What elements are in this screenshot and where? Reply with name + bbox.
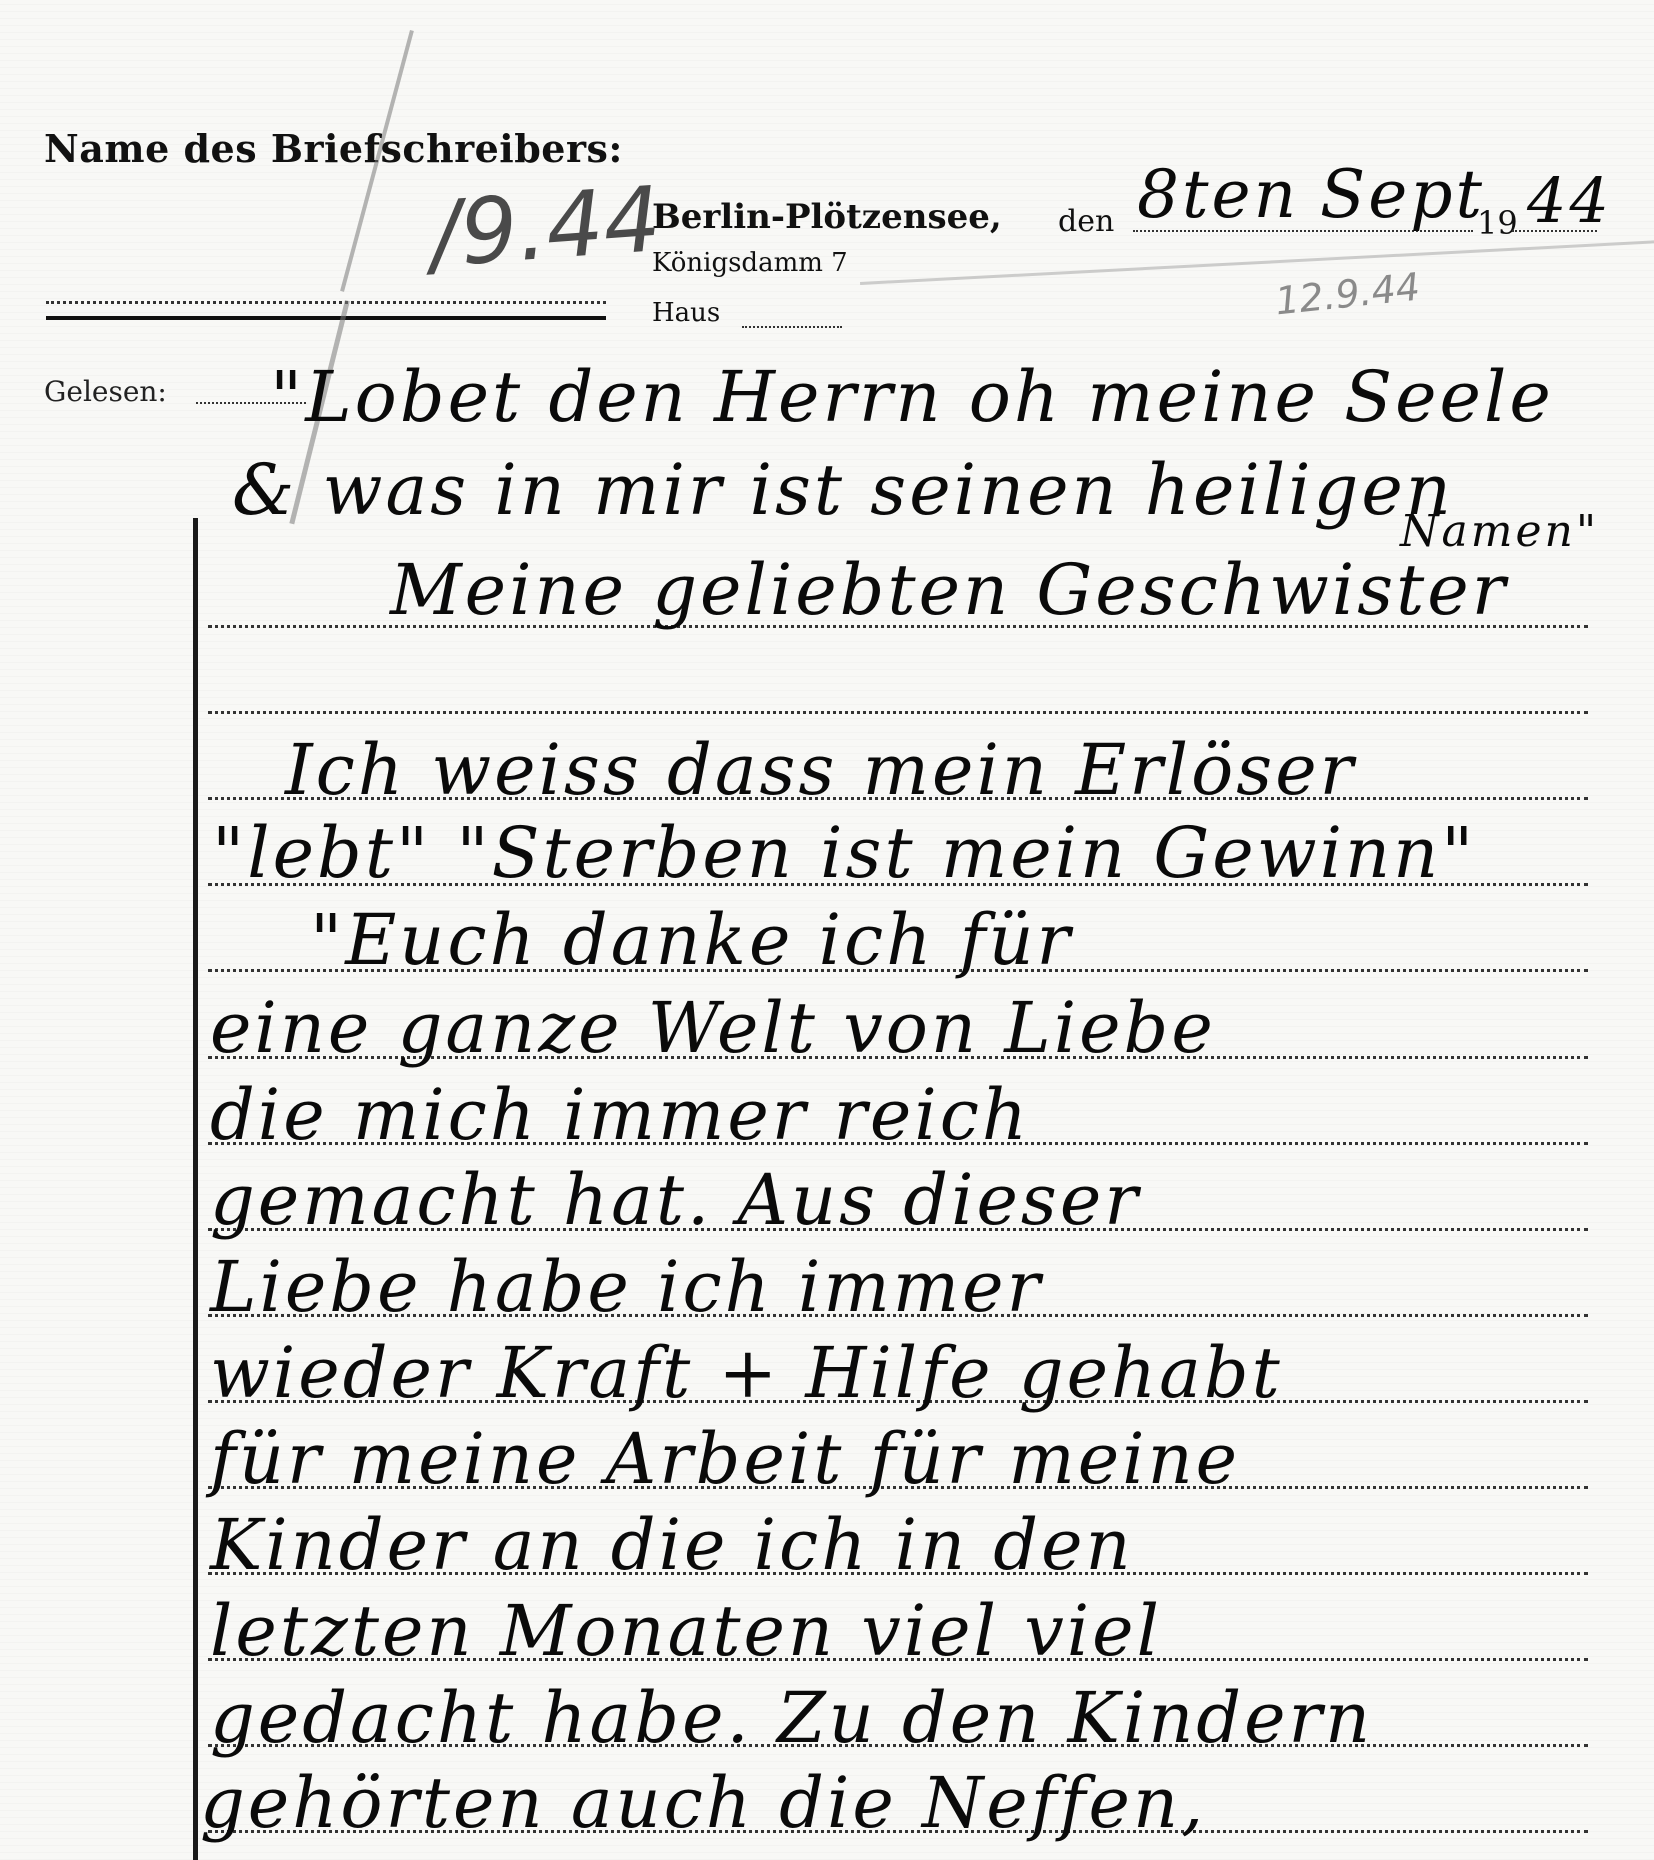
writer-name-rule xyxy=(46,316,606,320)
writer-name-dotted-line xyxy=(46,301,606,304)
letter-line: "Lobet den Herrn oh meine Seele xyxy=(270,362,1554,432)
letter-line: Ich weiss dass mein Erlöser xyxy=(285,735,1356,805)
letter-line: Namen" xyxy=(1400,510,1599,554)
haus-label: Haus xyxy=(652,298,720,328)
writer-name-label: Name des Briefschreibers: xyxy=(44,126,623,171)
gelesen-label: Gelesen: xyxy=(44,375,167,408)
letter-line: Kinder an die ich in den xyxy=(210,1510,1134,1580)
street-label: Königsdamm 7 xyxy=(652,248,848,278)
letter-line: Meine geliebten Geschwister xyxy=(390,555,1508,625)
letter-line: & was in mir ist seinen heiligen xyxy=(232,455,1454,525)
letter-line: "Euch danke ich für xyxy=(310,905,1073,975)
date-year-suffix: 44 xyxy=(1527,170,1612,232)
letter-line: für meine Arbeit für meine xyxy=(210,1424,1240,1494)
date-month: Sept xyxy=(1320,162,1485,228)
letter-line: eine ganze Welt von Liebe xyxy=(210,993,1216,1063)
margin-line xyxy=(193,518,198,1860)
letter-line: gehörten auch die Neffen, xyxy=(200,1768,1206,1838)
pencil-annotation-left: /9.44 xyxy=(427,167,664,288)
ruled-line xyxy=(208,711,1588,714)
location-label: Berlin-Plötzensee, xyxy=(652,197,1002,237)
letter-line: "lebt" "Sterben ist mein Gewinn" xyxy=(212,818,1476,888)
den-label: den xyxy=(1058,204,1114,239)
letter-line: wieder Kraft + Hilfe gehabt xyxy=(210,1338,1283,1408)
date-day: 8ten xyxy=(1137,162,1299,228)
letter-line: gemacht hat. Aus dieser xyxy=(210,1165,1141,1235)
letter-line: die mich immer reich xyxy=(210,1080,1030,1150)
letter-line: Liebe habe ich immer xyxy=(210,1252,1043,1322)
letter-line: letzten Monaten viel viel xyxy=(210,1596,1162,1666)
haus-dotted-line xyxy=(742,326,842,328)
letter-line: gedacht habe. Zu den Kindern xyxy=(210,1683,1373,1753)
